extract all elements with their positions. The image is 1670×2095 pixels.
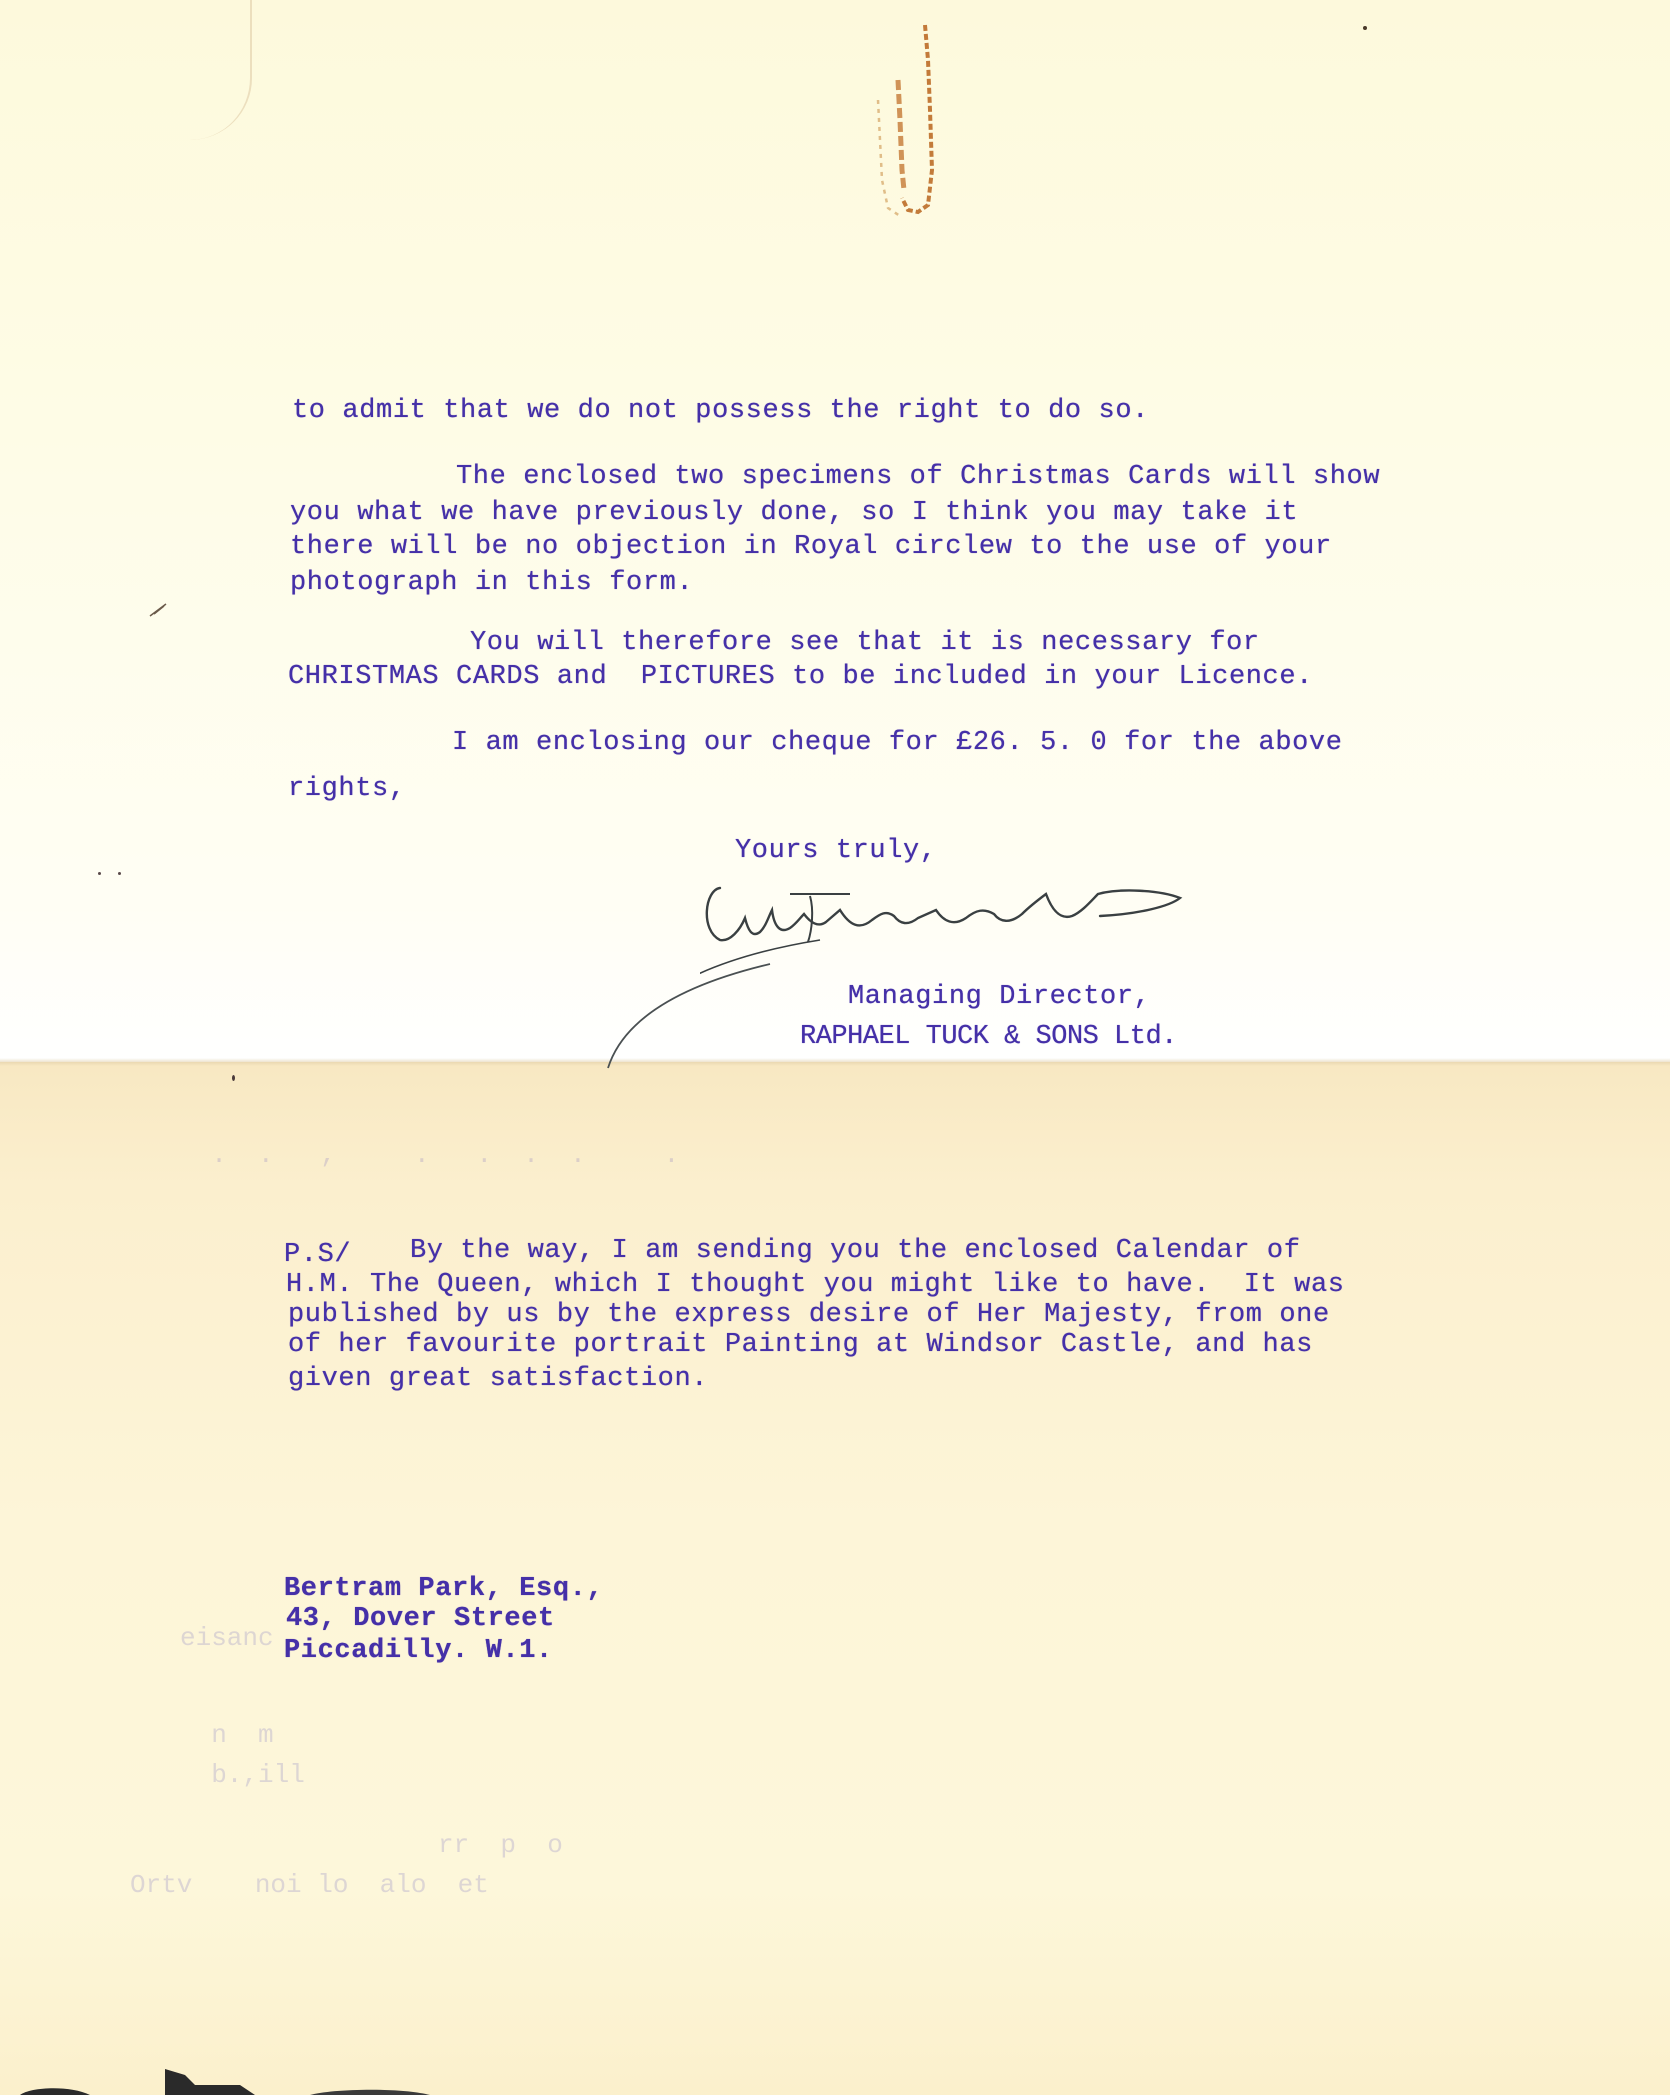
postscript-line: H.M. The Queen, which I thought you migh… — [286, 1270, 1345, 1300]
signature-flourish-icon — [600, 960, 780, 1070]
recipient-street: 43, Dover Street — [286, 1604, 555, 1634]
show-through-text: n m — [180, 1720, 274, 1750]
paragraph-line: CHRISTMAS CARDS and PICTURES to be inclu… — [288, 662, 1313, 692]
recipient-district: Piccadilly. W.1. — [284, 1636, 553, 1666]
paragraph-line: You will therefore see that it is necess… — [470, 628, 1260, 658]
show-through-text: Ortv noi lo alo et — [130, 1870, 489, 1900]
paragraph-line: I am enclosing our cheque for £26. 5. 0 … — [452, 728, 1343, 758]
letter-lower-panel — [0, 1062, 1670, 2095]
signatory-title: Managing Director, — [848, 982, 1150, 1012]
postscript-line: published by us by the express desire of… — [288, 1300, 1330, 1330]
recipient-name: Bertram Park, Esq., — [284, 1574, 603, 1604]
paragraph-line: The enclosed two specimens of Christmas … — [456, 462, 1380, 492]
show-through-text: eisanc — [180, 1623, 274, 1653]
postscript-line: By the way, I am sending you the enclose… — [410, 1236, 1301, 1266]
paragraph-line: you what we have previously done, so I t… — [290, 498, 1298, 528]
show-through-text: rr p o — [360, 1830, 563, 1860]
ink-speck — [232, 1075, 235, 1081]
ink-speck — [1363, 26, 1367, 30]
ink-speck — [98, 872, 101, 875]
postscript-label: P.S/ — [284, 1240, 351, 1270]
postscript-line: of her favourite portrait Painting at Wi… — [288, 1330, 1313, 1360]
paperclip-rust-stain-icon — [870, 20, 980, 220]
show-through-text: . . , . . . . . — [180, 1140, 679, 1170]
bottom-edge-clip-icon — [0, 2055, 500, 2095]
paper-fold-line — [0, 1058, 1670, 1066]
stray-pen-mark-icon — [148, 598, 170, 618]
postscript-line: given great satisfaction. — [288, 1364, 708, 1394]
ink-speck — [118, 872, 121, 875]
paragraph-line: there will be no objection in Royal circ… — [290, 532, 1332, 562]
closing-salutation: Yours truly, — [735, 836, 937, 866]
paragraph-line: photograph in this form. — [290, 568, 693, 598]
paragraph-line: rights, — [288, 774, 406, 804]
company-name: RAPHAEL TUCK & SONS Ltd. — [800, 1022, 1177, 1052]
paragraph-line: to admit that we do not possess the righ… — [292, 396, 1149, 426]
show-through-text: b.,ill — [180, 1760, 305, 1790]
